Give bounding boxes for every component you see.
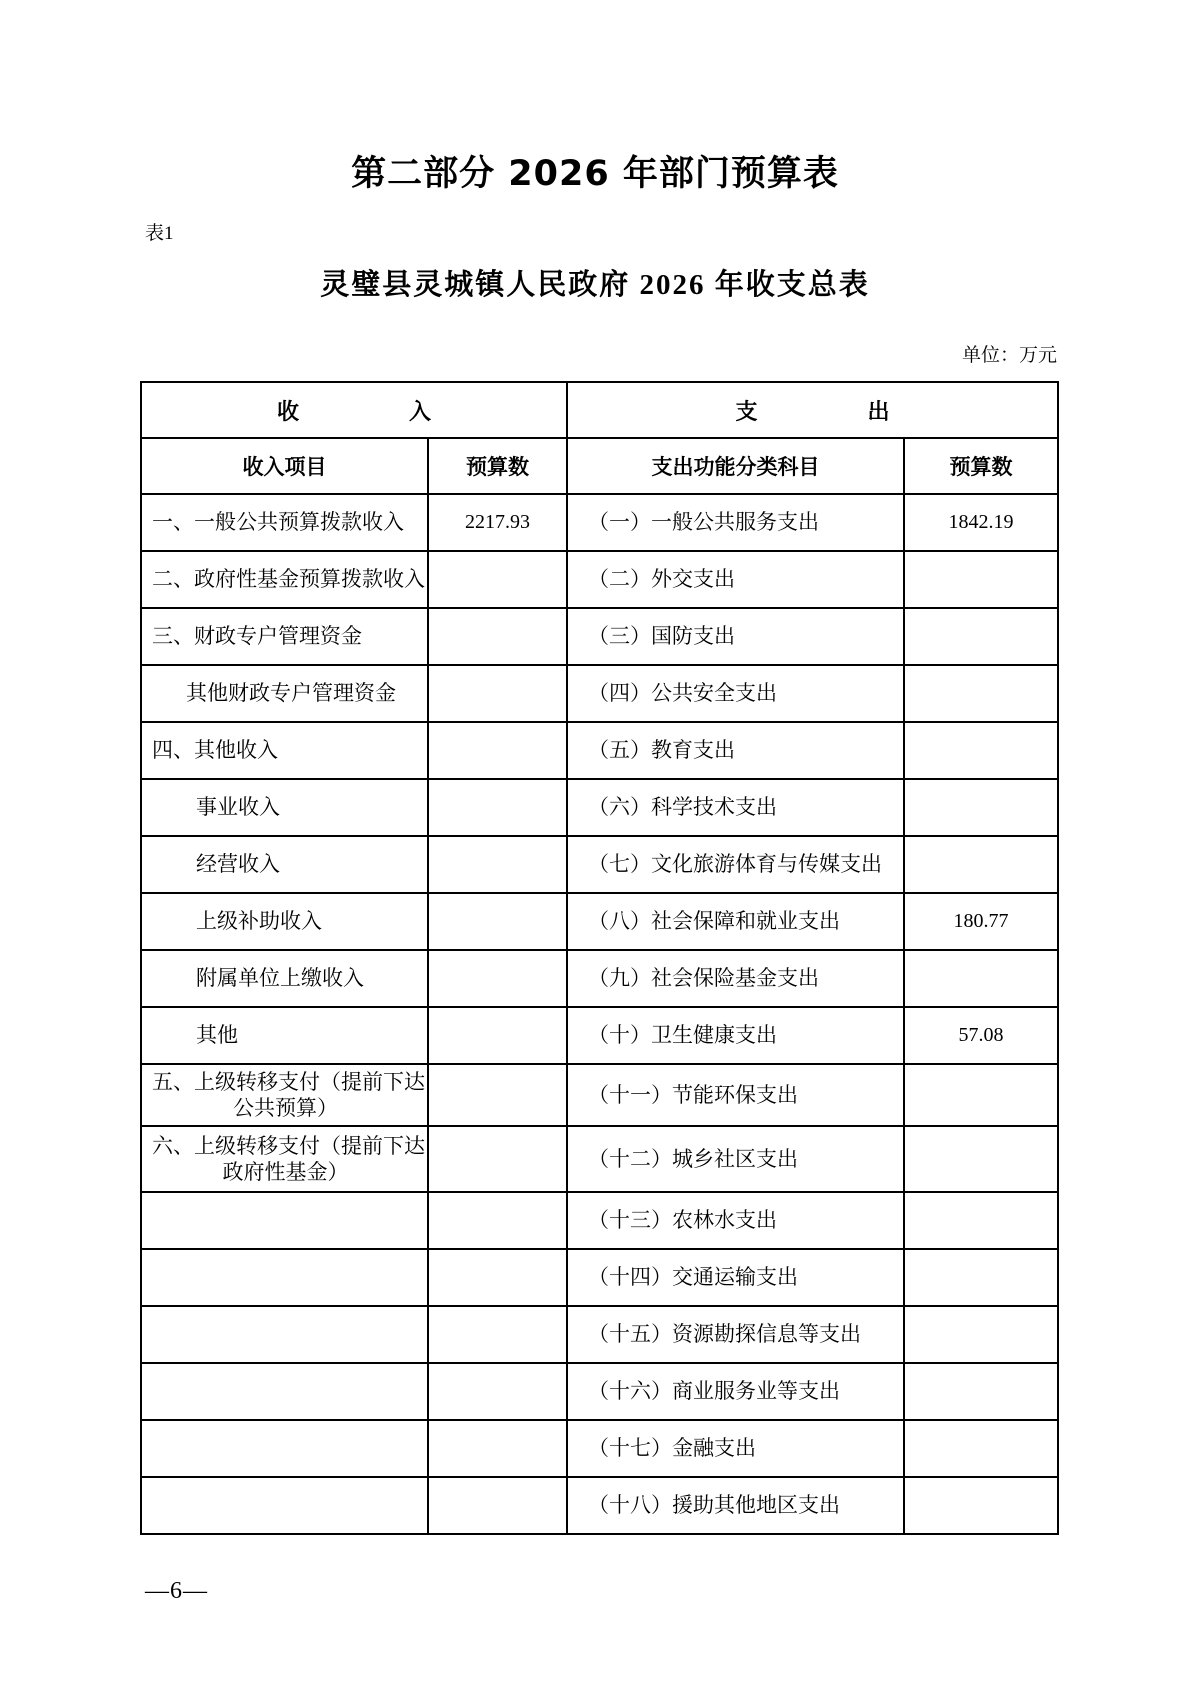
expense-item-cell: （十六）商业服务业等支出 <box>567 1363 904 1420</box>
document-page: 第二部分 2026 年部门预算表 表1 灵璧县灵城镇人民政府 2026 年收支总… <box>0 0 1190 1683</box>
expense-budget-cell <box>904 1249 1058 1306</box>
expense-item-cell: （十一）节能环保支出 <box>567 1064 904 1126</box>
income-item-cell: 六、上级转移支付（提前下达政府性基金） <box>141 1126 428 1192</box>
expense-item-cell: （七）文化旅游体育与传媒支出 <box>567 836 904 893</box>
page-number: —6— <box>145 1578 208 1605</box>
expense-item-cell: （二）外交支出 <box>567 551 904 608</box>
income-budget-cell <box>428 551 567 608</box>
expense-item-cell: （十四）交通运输支出 <box>567 1249 904 1306</box>
unit-note: 单位：万元 <box>962 340 1057 367</box>
table-row: 四、其他收入（五）教育支出 <box>141 722 1058 779</box>
income-item-cell: 附属单位上缴收入 <box>141 950 428 1007</box>
table-row: 六、上级转移支付（提前下达政府性基金）（十二）城乡社区支出 <box>141 1126 1058 1192</box>
expense-item-cell: （十五）资源勘探信息等支出 <box>567 1306 904 1363</box>
income-budget-cell <box>428 665 567 722</box>
income-budget-cell <box>428 836 567 893</box>
expense-item-cell: （三）国防支出 <box>567 608 904 665</box>
expense-item-column-header: 支出功能分类科目 <box>567 438 904 494</box>
expense-budget-cell <box>904 551 1058 608</box>
expense-budget-cell <box>904 1192 1058 1249</box>
budget-table-head: 收 入 支 出 收入项目 预算数 支出功能分类科目 预算数 <box>141 382 1058 494</box>
income-budget-cell <box>428 722 567 779</box>
income-item-column-header: 收入项目 <box>141 438 428 494</box>
income-item-cell: 一、一般公共预算拨款收入 <box>141 494 428 551</box>
income-group-header: 收 入 <box>141 382 567 438</box>
expense-budget-cell: 180.77 <box>904 893 1058 950</box>
expense-item-cell: （十八）援助其他地区支出 <box>567 1477 904 1534</box>
income-item-line: 五、上级转移支付（提前下达 <box>152 1069 427 1095</box>
expense-budget-cell <box>904 1477 1058 1534</box>
income-item-line: 政府性基金） <box>152 1159 427 1185</box>
table-row: （十六）商业服务业等支出 <box>141 1363 1058 1420</box>
table-row: 事业收入（六）科学技术支出 <box>141 779 1058 836</box>
table-row: 经营收入（七）文化旅游体育与传媒支出 <box>141 836 1058 893</box>
income-item-cell <box>141 1363 428 1420</box>
expense-budget-cell <box>904 1420 1058 1477</box>
income-budget-cell <box>428 1064 567 1126</box>
income-item-cell: 四、其他收入 <box>141 722 428 779</box>
table-row: 上级补助收入（八）社会保障和就业支出180.77 <box>141 893 1058 950</box>
expense-item-cell: （一）一般公共服务支出 <box>567 494 904 551</box>
table-row: 三、财政专户管理资金（三）国防支出 <box>141 608 1058 665</box>
expense-group-header: 支 出 <box>567 382 1058 438</box>
table-row: 一、一般公共预算拨款收入2217.93（一）一般公共服务支出1842.19 <box>141 494 1058 551</box>
income-budget-cell <box>428 1306 567 1363</box>
income-item-cell: 其他财政专户管理资金 <box>141 665 428 722</box>
budget-table-body: 一、一般公共预算拨款收入2217.93（一）一般公共服务支出1842.19二、政… <box>141 494 1058 1534</box>
income-budget-cell <box>428 1477 567 1534</box>
expense-budget-cell <box>904 1363 1058 1420</box>
table-row: 五、上级转移支付（提前下达公共预算）（十一）节能环保支出 <box>141 1064 1058 1126</box>
table-row: （十七）金融支出 <box>141 1420 1058 1477</box>
income-budget-cell <box>428 1363 567 1420</box>
expense-budget-cell <box>904 950 1058 1007</box>
expense-item-cell: （十七）金融支出 <box>567 1420 904 1477</box>
expense-budget-cell <box>904 1126 1058 1192</box>
income-budget-cell <box>428 893 567 950</box>
table-row: 其他财政专户管理资金（四）公共安全支出 <box>141 665 1058 722</box>
expense-budget-cell <box>904 836 1058 893</box>
income-budget-cell <box>428 1192 567 1249</box>
expense-budget-cell <box>904 722 1058 779</box>
expense-item-cell: （十）卫生健康支出 <box>567 1007 904 1064</box>
table-row: 二、政府性基金预算拨款收入（二）外交支出 <box>141 551 1058 608</box>
income-budget-cell <box>428 1420 567 1477</box>
expense-item-cell: （九）社会保险基金支出 <box>567 950 904 1007</box>
income-item-line: 公共预算） <box>152 1095 427 1121</box>
table-label: 表1 <box>145 218 174 245</box>
income-budget-column-header: 预算数 <box>428 438 567 494</box>
expense-budget-cell: 57.08 <box>904 1007 1058 1064</box>
expense-budget-cell <box>904 1306 1058 1363</box>
table-row: 其他（十）卫生健康支出57.08 <box>141 1007 1058 1064</box>
expense-item-cell: （四）公共安全支出 <box>567 665 904 722</box>
income-item-cell: 上级补助收入 <box>141 893 428 950</box>
income-item-cell <box>141 1306 428 1363</box>
income-budget-cell <box>428 1126 567 1192</box>
expense-budget-cell <box>904 779 1058 836</box>
income-budget-cell: 2217.93 <box>428 494 567 551</box>
income-budget-cell <box>428 1249 567 1306</box>
income-budget-cell <box>428 1007 567 1064</box>
expense-budget-cell: 1842.19 <box>904 494 1058 551</box>
table-row: （十四）交通运输支出 <box>141 1249 1058 1306</box>
income-budget-cell <box>428 608 567 665</box>
section-title: 第二部分 2026 年部门预算表 <box>0 146 1190 196</box>
expense-item-cell: （十二）城乡社区支出 <box>567 1126 904 1192</box>
expense-budget-cell <box>904 665 1058 722</box>
table-row: （十五）资源勘探信息等支出 <box>141 1306 1058 1363</box>
table-row: （十三）农林水支出 <box>141 1192 1058 1249</box>
expense-budget-column-header: 预算数 <box>904 438 1058 494</box>
table-title: 灵璧县灵城镇人民政府 2026 年收支总表 <box>0 262 1190 303</box>
table-row: 附属单位上缴收入（九）社会保险基金支出 <box>141 950 1058 1007</box>
budget-table: 收 入 支 出 收入项目 预算数 支出功能分类科目 预算数 一、一般公共预算拨款… <box>140 381 1059 1535</box>
income-item-cell: 二、政府性基金预算拨款收入 <box>141 551 428 608</box>
income-item-cell <box>141 1192 428 1249</box>
income-item-cell: 其他 <box>141 1007 428 1064</box>
income-item-line: 六、上级转移支付（提前下达 <box>152 1133 427 1159</box>
table-row: （十八）援助其他地区支出 <box>141 1477 1058 1534</box>
income-item-cell: 事业收入 <box>141 779 428 836</box>
expense-item-cell: （五）教育支出 <box>567 722 904 779</box>
income-budget-cell <box>428 779 567 836</box>
income-item-cell <box>141 1249 428 1306</box>
header-group-row: 收 入 支 出 <box>141 382 1058 438</box>
expense-item-cell: （十三）农林水支出 <box>567 1192 904 1249</box>
expense-budget-cell <box>904 608 1058 665</box>
header-columns-row: 收入项目 预算数 支出功能分类科目 预算数 <box>141 438 1058 494</box>
income-budget-cell <box>428 950 567 1007</box>
income-item-cell: 五、上级转移支付（提前下达公共预算） <box>141 1064 428 1126</box>
income-item-cell: 三、财政专户管理资金 <box>141 608 428 665</box>
income-item-cell <box>141 1477 428 1534</box>
expense-item-cell: （六）科学技术支出 <box>567 779 904 836</box>
expense-item-cell: （八）社会保障和就业支出 <box>567 893 904 950</box>
income-item-cell: 经营收入 <box>141 836 428 893</box>
expense-budget-cell <box>904 1064 1058 1126</box>
income-item-cell <box>141 1420 428 1477</box>
